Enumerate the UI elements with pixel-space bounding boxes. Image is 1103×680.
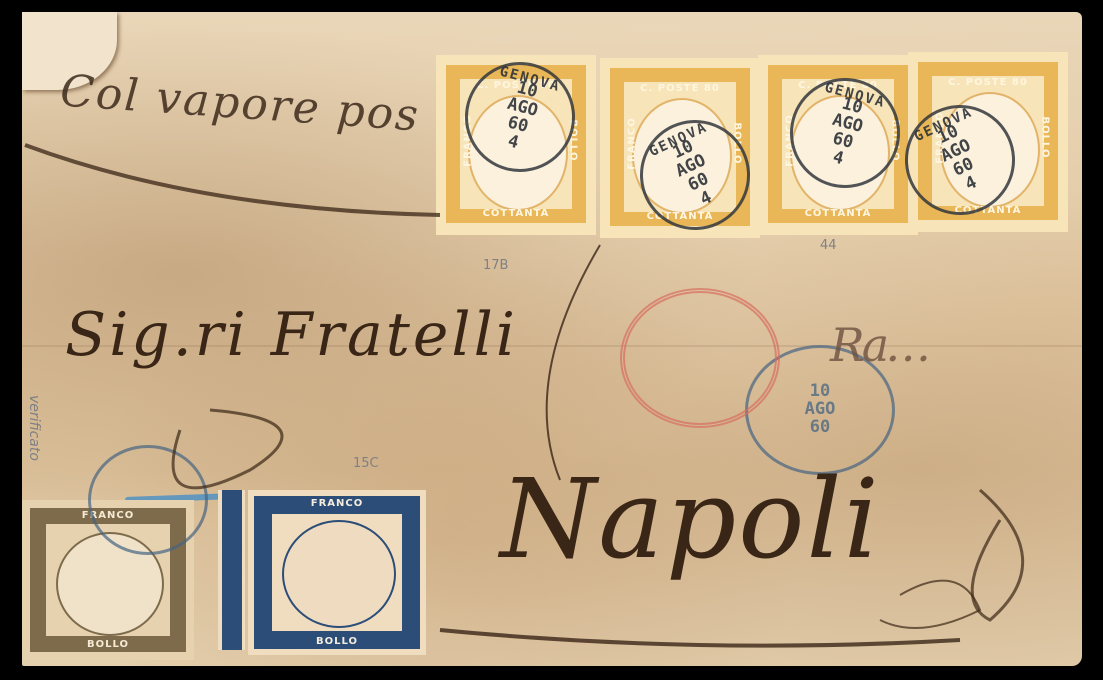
embossed-head-oval — [282, 520, 396, 628]
postmark-year: 60 — [810, 419, 830, 437]
pencil-note: 44 — [820, 238, 837, 253]
addressee-surname: Ra… — [830, 318, 927, 372]
stamp-bottom-label: BOLLO — [248, 636, 426, 647]
stamp-left-label: FRANCO — [627, 117, 638, 169]
postmark-slot: 4 — [698, 189, 715, 210]
pencil-note-side: verificato — [26, 395, 42, 461]
postmark-slot: 4 — [831, 149, 846, 169]
pencil-note: 17B — [483, 258, 508, 273]
postmark-partial — [88, 445, 208, 555]
stamp-top-label: C. POSTE 80 — [908, 77, 1068, 88]
pencil-note: 15C — [353, 456, 379, 471]
red-oval-handstamp — [620, 288, 780, 428]
addressee-line: Sig.ri Fratelli — [65, 300, 518, 370]
stamp-20c-blue: FRANCO BOLLO — [248, 490, 426, 655]
stamp-bottom-label: COTTANTA — [758, 208, 918, 219]
postmark-slot: 4 — [506, 133, 521, 153]
stamp-top-label: FRANCO — [248, 498, 426, 509]
destination-city: Napoli — [500, 455, 881, 583]
stamp-top-label: C. POSTE 80 — [600, 83, 760, 94]
postmark-slot: 4 — [963, 174, 980, 195]
stamp-right-label: BOLLO — [1039, 116, 1050, 158]
stamp-20c-adjacent-margin — [218, 490, 245, 650]
stamp-bottom-label: BOLLO — [22, 639, 194, 650]
stamp-bottom-label: COTTANTA — [436, 208, 596, 219]
